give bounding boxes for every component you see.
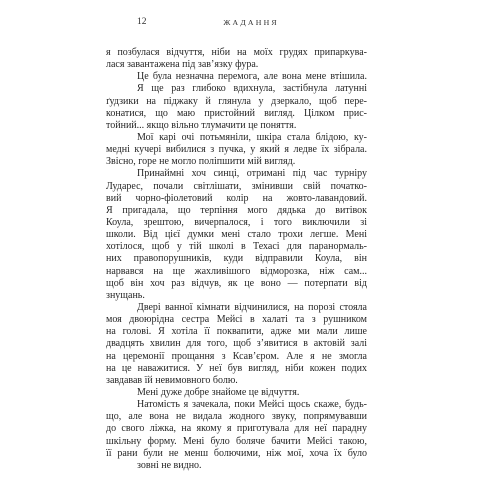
text-line: ґудзики на піджаку й глянула у дзеркало,… [106, 96, 367, 108]
text-line: Лударес, почали світлішати, змінивши сві… [106, 181, 367, 193]
text-line: що, але вона не видала жодного звуку, по… [106, 411, 367, 423]
text-line: Коула, зрештою, вичерпалося, і того викл… [106, 217, 367, 229]
text-line: на церемонії прощання з Ксав’єром. Але я… [106, 351, 367, 363]
text-line: до свого ліжка, на якому я приготувала д… [106, 423, 367, 435]
text-line: двадцять хвилин для того, щоб з’явитися … [106, 338, 367, 350]
text-line: на голові. Я хотіла її поквапити, адже м… [106, 326, 367, 338]
text-line: них правопорушників, куди відправили Коу… [106, 253, 367, 265]
text-line: зовні не видно. [106, 460, 367, 472]
text-line: Принаймні хоч синці, отримані під час ту… [106, 168, 367, 180]
text-line: вий чорно-фіолетовий колір на жовто-лава… [106, 193, 367, 205]
text-line: конатися, що маю пристойний вигляд. Цілк… [106, 108, 367, 120]
text-line: Мені дуже добре знайоме це відчуття. [106, 387, 367, 399]
text-line: на це наважитися. У неї був вигляд, ніби… [106, 363, 367, 375]
text-line: хотілося, щоб у тій школі в Техасі для п… [106, 241, 367, 253]
running-head: ЖАДАННЯ [0, 18, 500, 27]
text-line: завдавав їй невимовного болю. [106, 375, 367, 387]
page-text: я позбулася відчуття, ніби на моїх грудя… [106, 47, 367, 472]
text-line: знущань. [106, 290, 367, 302]
text-line: нарвався на ще жахливішого відморозка, н… [106, 266, 367, 278]
text-line: щоб він хоч раз відчув, як це воно — пот… [106, 278, 367, 290]
book-page: 12 ЖАДАННЯ я позбулася відчуття, ніби на… [0, 0, 500, 500]
text-line: я позбулася відчуття, ніби на моїх грудя… [106, 47, 367, 59]
text-line: Я ще раз глибоко вдихнула, застібнула ла… [106, 83, 367, 95]
text-line: медні кучері вибилися з пучка, у який я … [106, 144, 367, 156]
text-line: Це була незначна перемога, але вона мене… [106, 71, 367, 83]
text-line: школи. Від цієї думки мені стало трохи л… [106, 229, 367, 241]
text-line: Мої карі очі потьмяніли, шкіра стала блі… [106, 132, 367, 144]
text-line: її рани були не менш болючими, ніж мої, … [106, 448, 367, 460]
text-line: тойний... якщо вільно тлумачити це понят… [106, 120, 367, 132]
text-line: Натомість я зачекала, поки Мейсі щось ск… [106, 399, 367, 411]
text-line: Двері ванної кімнати відчинилися, на пор… [106, 302, 367, 314]
text-line: Звісно, горе не могло поліпшити мій вигл… [106, 156, 367, 168]
text-line: Я пригадала, що терпіння мого дядька до … [106, 205, 367, 217]
text-line: моя двоюрідна сестра Мейсі в халаті та з… [106, 314, 367, 326]
text-line: шкільну форму. Мені було боляче бачити М… [106, 436, 367, 448]
text-line: лася завантажена під зав’язку фура. [106, 59, 367, 71]
